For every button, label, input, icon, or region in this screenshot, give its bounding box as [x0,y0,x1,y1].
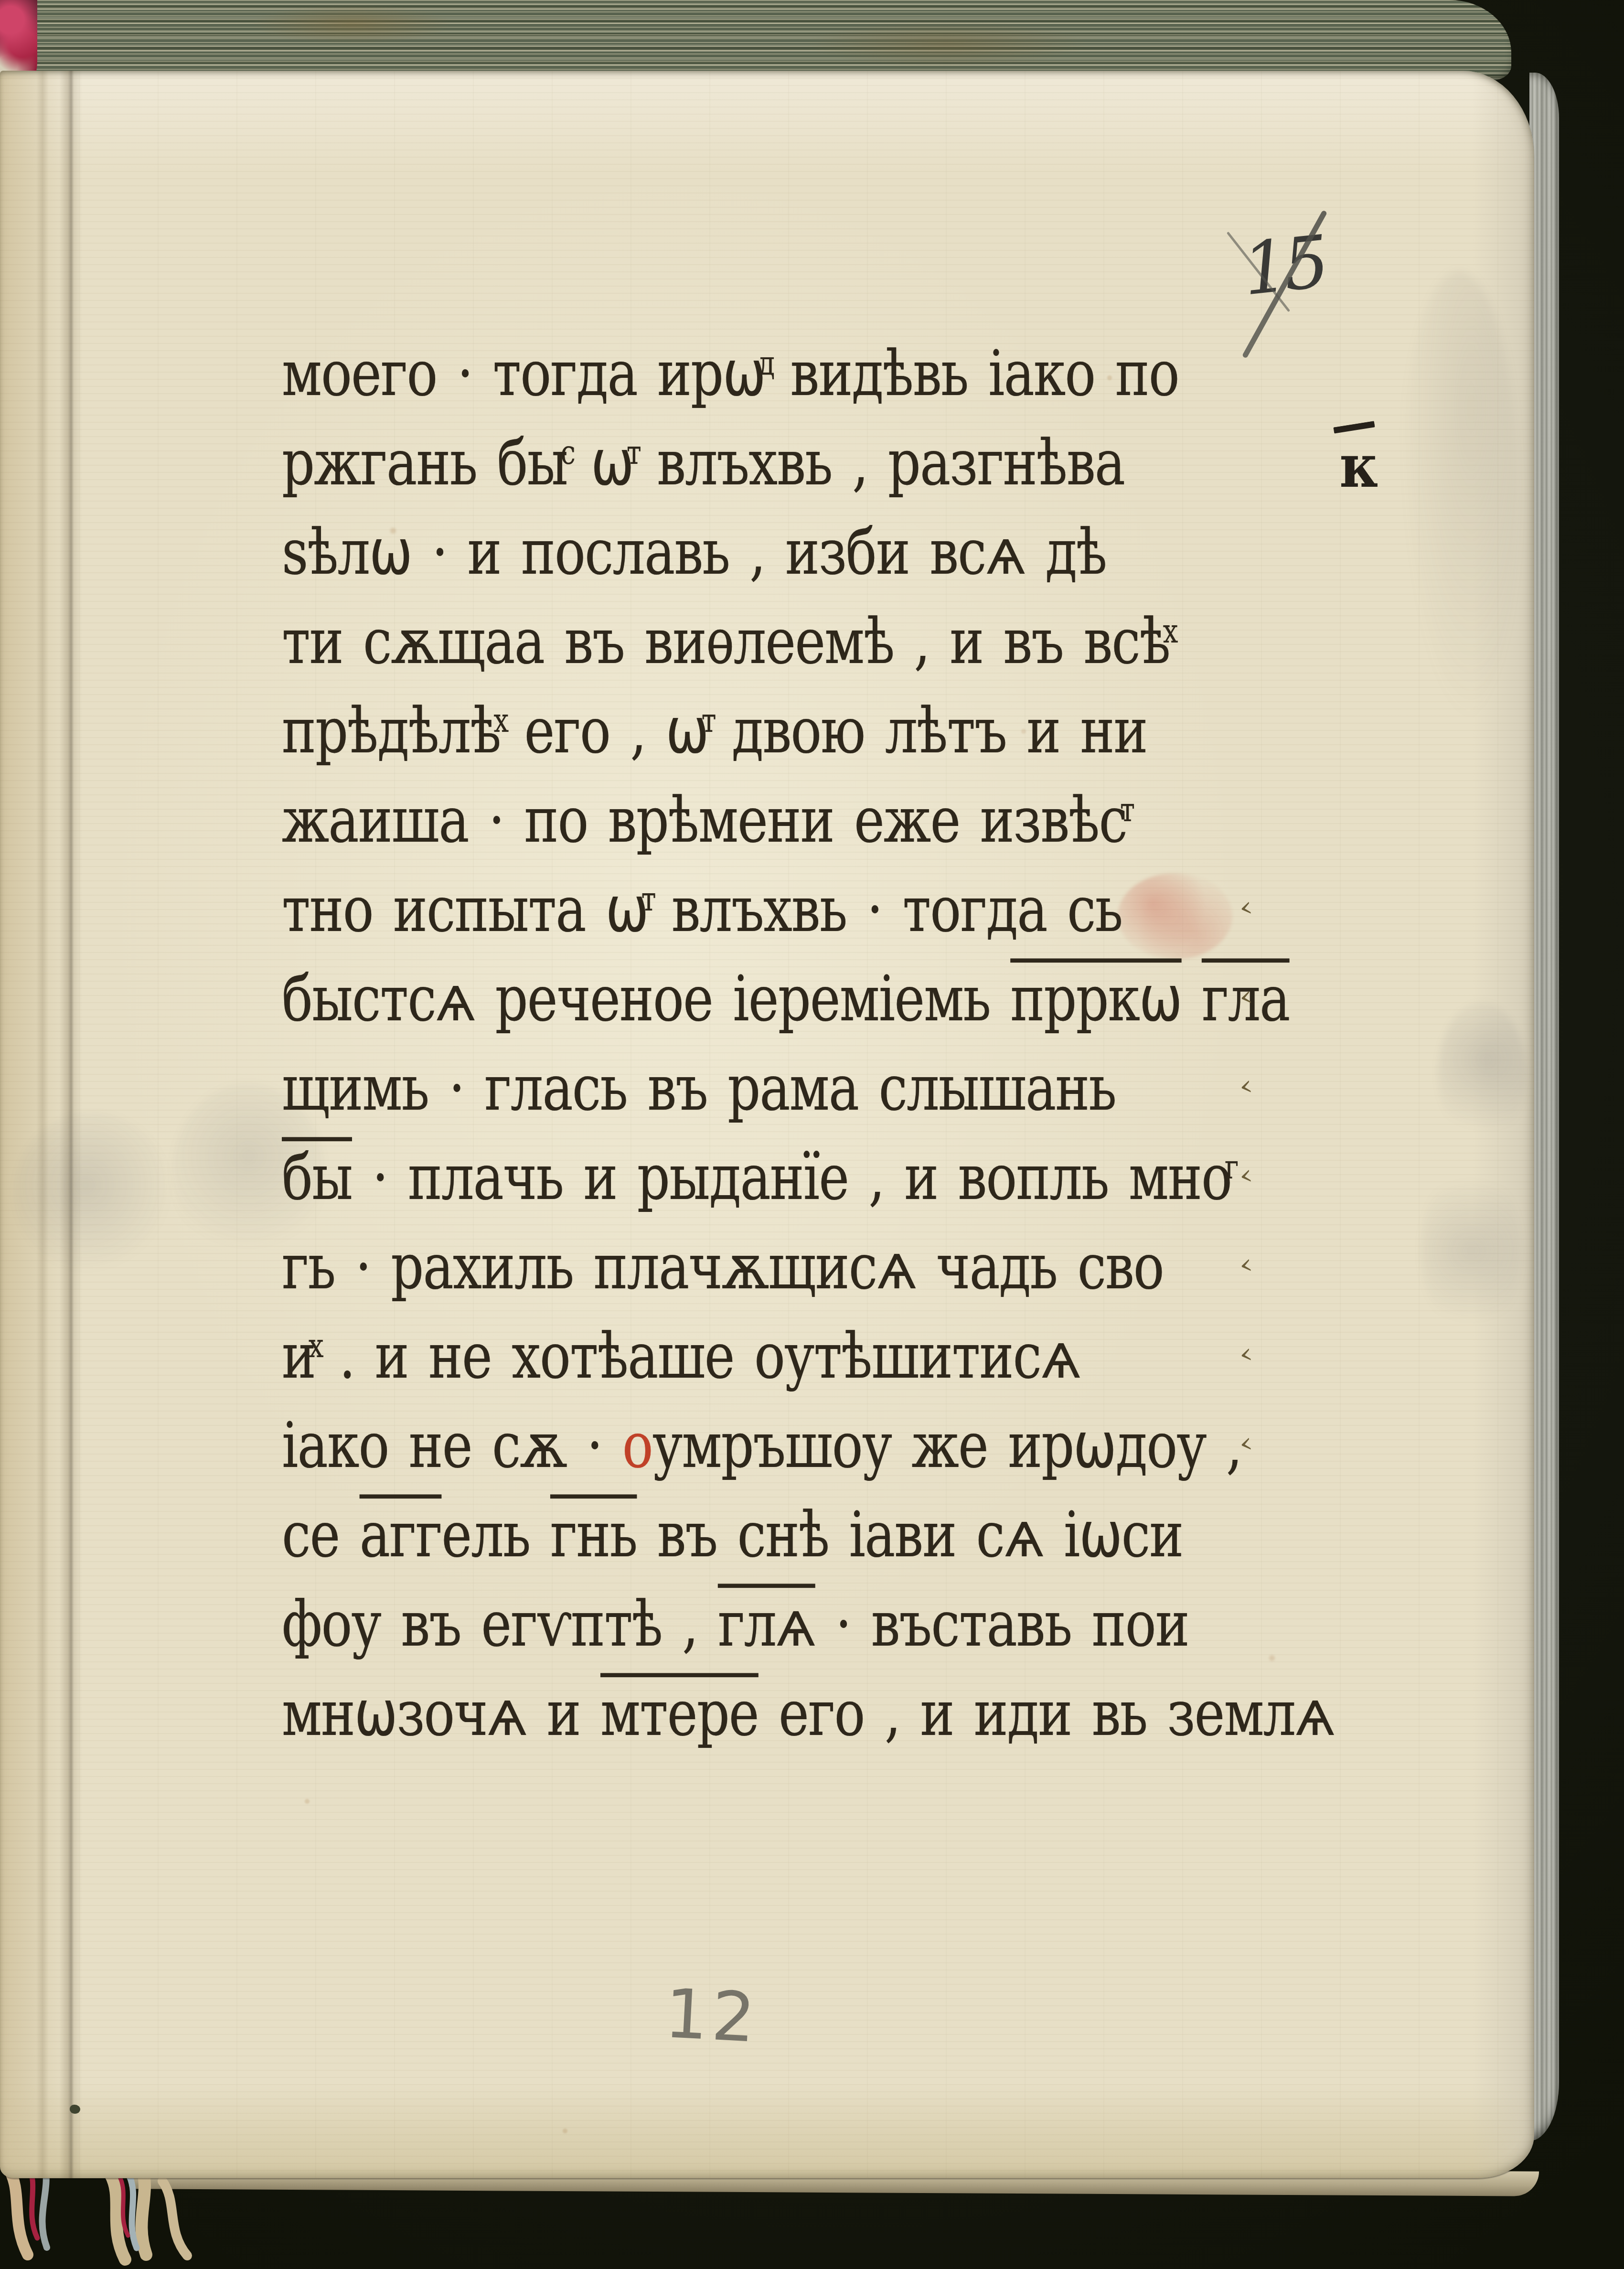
text-segment: іако не сѫ · [282,1409,622,1482]
text-segment: быстсѧ реченое іереміемь [282,963,1010,1036]
text-segment: его , и иди вь землѧ [759,1677,1335,1750]
text-segment: его , ѡ [504,695,708,768]
manuscript-line: быстсѧ реченое іереміемь прркѡ гла [282,960,1289,1038]
text-block: моего · тогда ирѡд видѣвь іако поржгань … [0,71,1534,2178]
manuscript-line: гь · рахиль плачѫщисѧ чадь сво [282,1228,1164,1306]
book-top-page-edges [25,0,1511,80]
manuscript-line: прѣдѣлѣх его , ѡт двою лѣтъ и ни [282,692,1147,771]
manuscript-line: ти сѫщаа въ виѳлеемѣ , и въ всѣх [282,602,1174,681]
text-segment: моего · тогда ирѡ [282,337,765,410]
text-segment: · въставь пои [815,1588,1189,1661]
manuscript-line: ѕѣлѡ · и пославь , изби всѧ дѣ [282,513,1106,592]
text-segment-sup: т [1120,792,1134,829]
manuscript-line: тно испыта ѡт влъхвь · тогда сь [282,870,1122,949]
manuscript-line: се аггель гнь въ снѣ іави сѧ іѡси [282,1496,1183,1574]
manuscript-line: ржгань быс ѡт влъхвь , разгнѣва [282,424,1124,503]
text-segment: щимь · глась въ рама слышань [282,1052,1116,1125]
manuscript-line: бы · плачь и рыданїе , и вопль мног [282,1138,1234,1217]
text-segment: з [396,1677,424,1750]
text-segment: въ снѣ іави сѧ іѡси [637,1498,1183,1572]
text-segment: двою лѣтъ и ни [712,695,1147,768]
quire-letter: к [1339,431,1378,501]
thread-tuft-beige [110,2173,146,2259]
manuscript-line: мнѡзочѧ и мтере его , и иди вь землѧ [282,1674,1335,1753]
pencil-page-number: 12 [663,1974,761,2058]
photograph-background: моего · тогда ирѡд видѣвь іако поржгань … [0,0,1624,2269]
text-segment: ти сѫщаа въ виѳлеемѣ , и въ всѣ [282,605,1170,678]
text-segment: прѣдѣлѣ [282,695,501,768]
text-segment: влъхвь · тогда сь [651,873,1122,946]
text-segment-titlo: агг [360,1498,442,1572]
text-segment: ѡ [571,427,633,500]
manuscript-line: іако не сѫ · оумръшоу же ирѡдоу , [282,1406,1241,1485]
text-segment: гь · рахиль плачѫщисѧ чадь сво [282,1231,1164,1304]
text-segment: очѧ и [424,1677,600,1750]
margin-mark: ‹ [1236,1158,1256,1192]
text-segment-sup: х [1163,613,1177,651]
text-segment: ржгань бы [282,427,567,500]
text-segment: видѣвь іако по [770,337,1178,410]
text-segment-titlo: глѧ [718,1588,815,1661]
text-segment-titlo: гнь [550,1498,637,1572]
text-segment: умръшоу же ирѡдоу , [652,1409,1242,1482]
thread-tuft-beige-2 [162,2181,187,2256]
manuscript-line: моего · тогда ирѡд видѣвь іако по [282,334,1179,413]
text-segment: се [282,1498,360,1572]
manuscript-line: жаиша · по врѣмени еже извѣст [282,781,1130,860]
manuscript-line: щимь · глась въ рама слышань [282,1049,1116,1128]
manuscript-page: моего · тогда ирѡд видѣвь іако поржгань … [0,71,1534,2178]
text-segment: мнѡ [282,1677,396,1750]
text-segment-titlo: прркѡ [1010,963,1181,1036]
margin-mark: ‹ [1236,1248,1256,1281]
text-segment: . и не хотѣаше оутѣшитисѧ [319,1320,1080,1393]
text-segment-red: о [622,1409,652,1482]
text-segment-titlo: мтере [600,1677,759,1750]
text-segment: тно испыта ѡ [282,873,648,946]
manuscript-line: фоу въ егѵптѣ , глѧ · въставь пои [282,1585,1189,1664]
manuscript-line: их . и не хотѣаше оутѣшитисѧ [282,1317,1080,1396]
text-segment-titlo: бы [282,1141,352,1214]
text-segment: · плачь и рыданїе , и вопль мно [352,1141,1231,1214]
thread-tuft-gray [129,2175,137,2248]
margin-mark: ‹ [1236,890,1256,924]
text-segment: ель [441,1498,550,1572]
quire-mark: к [1334,417,1391,498]
text-segment: ѕѣлѡ · и пославь , изби всѧ дѣ [282,516,1106,589]
text-segment-sup: г [1225,1149,1238,1187]
thread-gray [42,2169,47,2248]
text-segment: жаиша · по врѣмени еже извѣс [282,784,1127,857]
thread-beige [9,2169,28,2255]
text-segment [1182,963,1202,1036]
margin-mark: ‹ [1236,1337,1256,1370]
text-segment: фоу въ егѵптѣ , [282,1588,718,1661]
text-segment: влъхвь , разгнѣва [637,427,1124,500]
folio-number-block: 15 [1227,212,1370,355]
margin-mark: ‹ [1236,1069,1256,1102]
